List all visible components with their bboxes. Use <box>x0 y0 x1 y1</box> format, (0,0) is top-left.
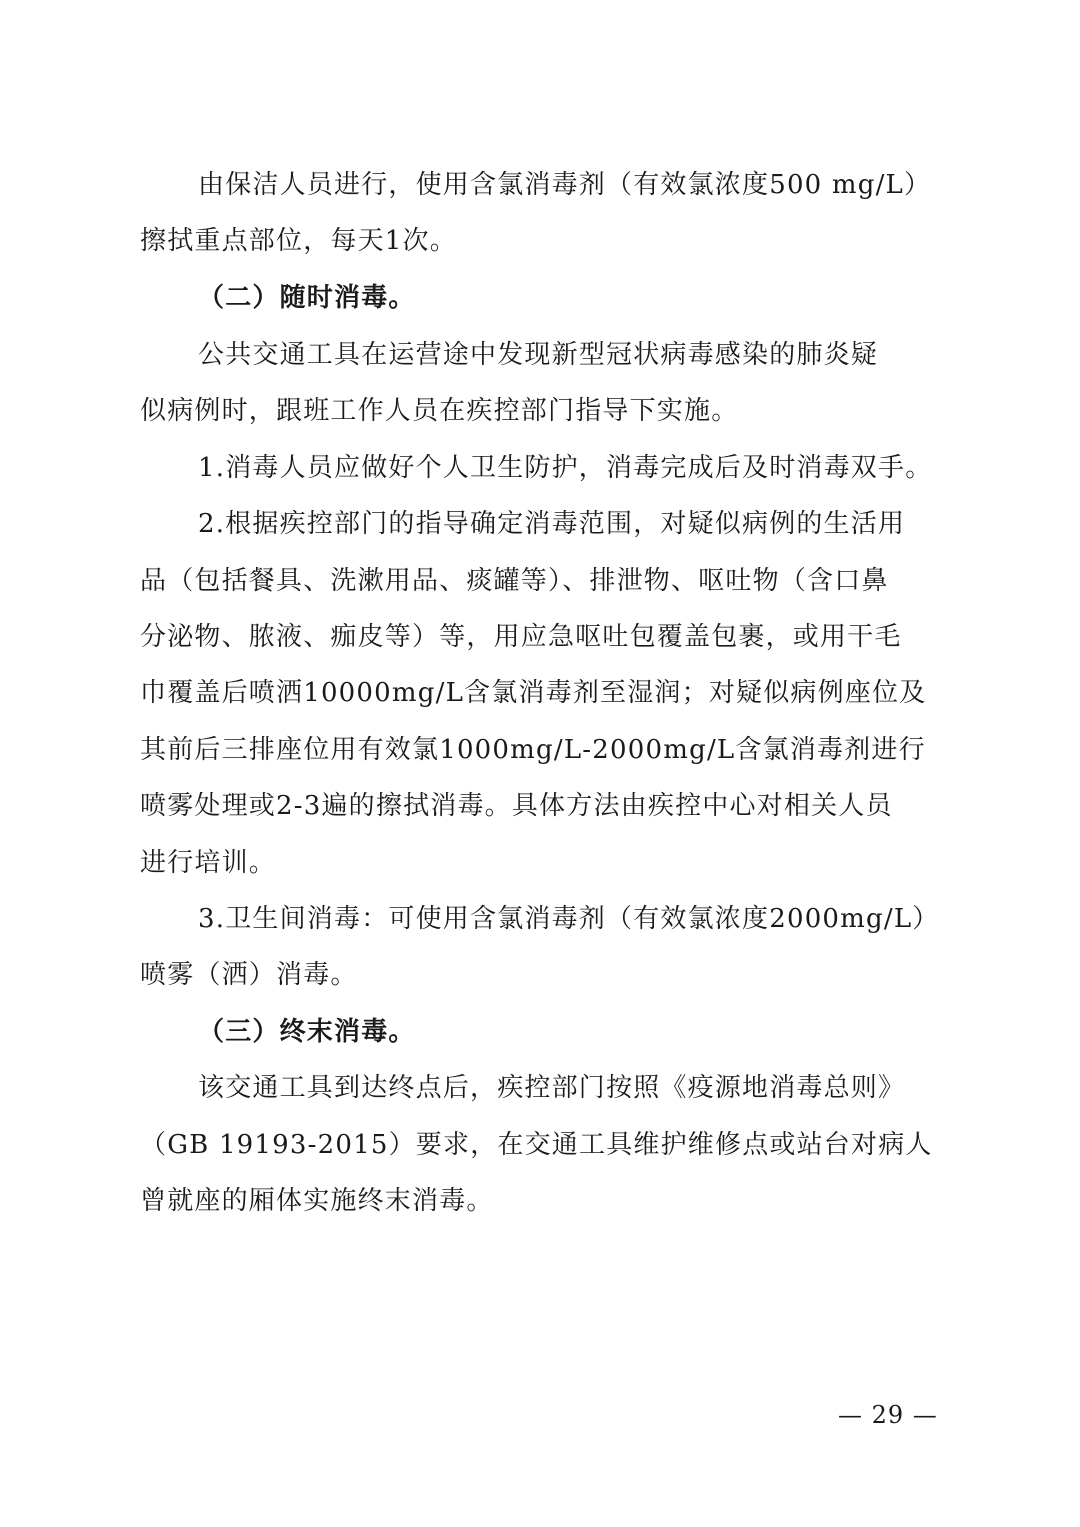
paragraph-line: 曾就座的厢体实施终末消毒。 <box>140 1184 494 1218</box>
paragraph-line: 喷雾处理或2-3遍的擦拭消毒。具体方法由疾控中心对相关人员 <box>140 789 893 823</box>
paragraph-line: 由保洁人员进行，使用含氯消毒剂（有效氯浓度500 mg/L） <box>198 168 931 202</box>
paragraph-line: （GB 19193-2015）要求，在交通工具维护维修点或站台对病人 <box>140 1128 933 1162</box>
paragraph-line: 擦拭重点部位，每天1次。 <box>140 224 457 258</box>
list-item-1: 1.消毒人员应做好个人卫生防护，消毒完成后及时消毒双手。 <box>198 451 932 485</box>
document-page: 由保洁人员进行，使用含氯消毒剂（有效氯浓度500 mg/L） 擦拭重点部位，每天… <box>0 0 1080 1527</box>
paragraph-line: 分泌物、脓液、痂皮等）等，用应急呕吐包覆盖包裹，或用干毛 <box>140 620 902 654</box>
list-item-2: 2.根据疾控部门的指导确定消毒范围，对疑似病例的生活用 <box>198 507 905 541</box>
page-number: — 29 — <box>838 1398 938 1432</box>
paragraph-line: 该交通工具到达终点后，疾控部门按照《疫源地消毒总则》 <box>198 1071 905 1105</box>
paragraph-line: 巾覆盖后喷洒10000mg/L含氯消毒剂至湿润；对疑似病例座位及 <box>140 676 926 710</box>
paragraph-line: 公共交通工具在运营途中发现新型冠状病毒感染的肺炎疑 <box>198 338 878 372</box>
paragraph-line: 喷雾（洒）消毒。 <box>140 958 358 992</box>
section-heading-3: （三）终末消毒。 <box>198 1015 416 1049</box>
paragraph-line: 品（包括餐具、洗漱用品、痰罐等）、排泄物、呕吐物（含口鼻 <box>140 564 889 598</box>
section-heading-2: （二）随时消毒。 <box>198 281 416 315</box>
list-item-3: 3.卫生间消毒：可使用含氯消毒剂（有效氯浓度2000mg/L） <box>198 902 940 936</box>
paragraph-line: 进行培训。 <box>140 846 276 880</box>
paragraph-line: 其前后三排座位用有效氯1000mg/L-2000mg/L含氯消毒剂进行 <box>140 733 926 767</box>
paragraph-line: 似病例时，跟班工作人员在疾控部门指导下实施。 <box>140 394 738 428</box>
